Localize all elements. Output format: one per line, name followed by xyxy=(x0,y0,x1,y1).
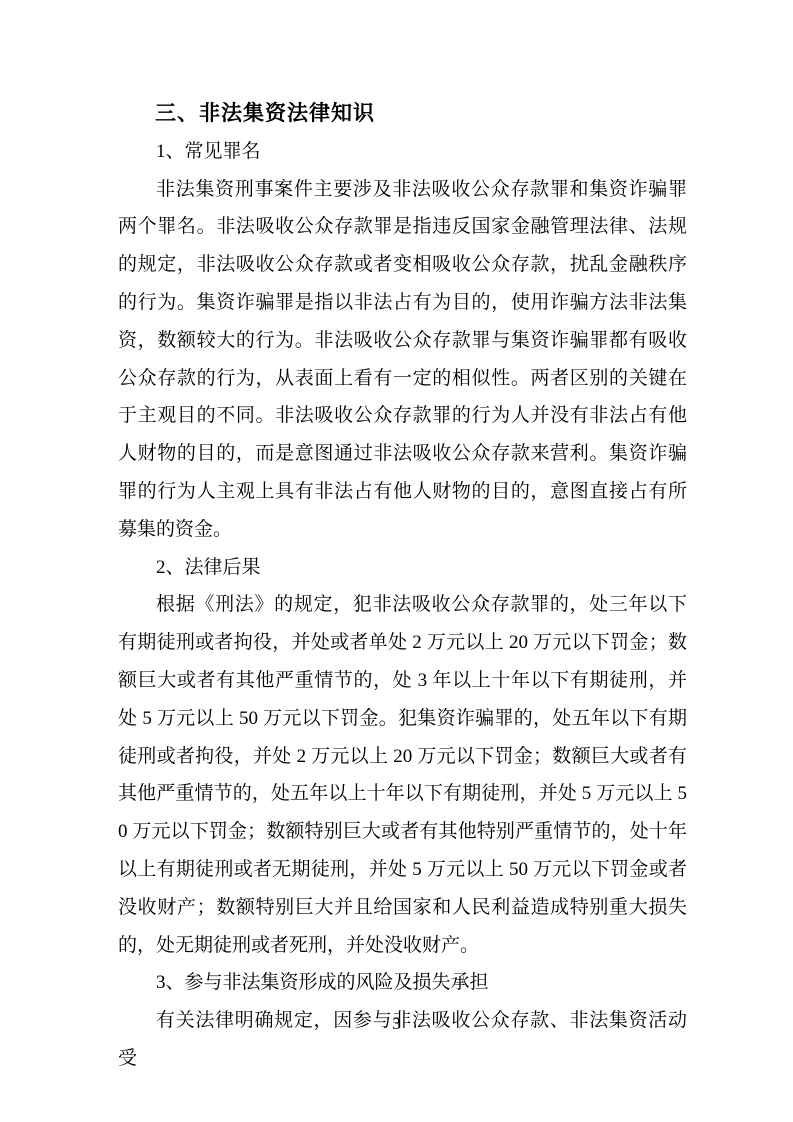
subheading-risk-and-loss: 3、参与非法集资形成的风险及损失承担 xyxy=(118,964,687,1002)
subheading-common-crimes: 1、常见罪名 xyxy=(118,133,687,171)
document-page: 三、非法集资法律知识 1、常见罪名 非法集资刑事案件主要涉及非法吸收公众存款罪和… xyxy=(0,0,793,1122)
paragraph-legal-consequences: 根据《刑法》的规定，犯非法吸收公众存款罪的，处三年以下有期徒刑或者拘役，并处或者… xyxy=(118,586,687,964)
page-content: 三、非法集资法律知识 1、常见罪名 非法集资刑事案件主要涉及非法吸收公众存款罪和… xyxy=(118,95,687,1078)
page-number: 3 xyxy=(0,1014,793,1034)
subheading-legal-consequences: 2、法律后果 xyxy=(118,549,687,587)
section-heading: 三、非法集资法律知识 xyxy=(118,95,687,133)
paragraph-common-crimes: 非法集资刑事案件主要涉及非法吸收公众存款罪和集资诈骗罪两个罪名。非法吸收公众存款… xyxy=(118,171,687,549)
